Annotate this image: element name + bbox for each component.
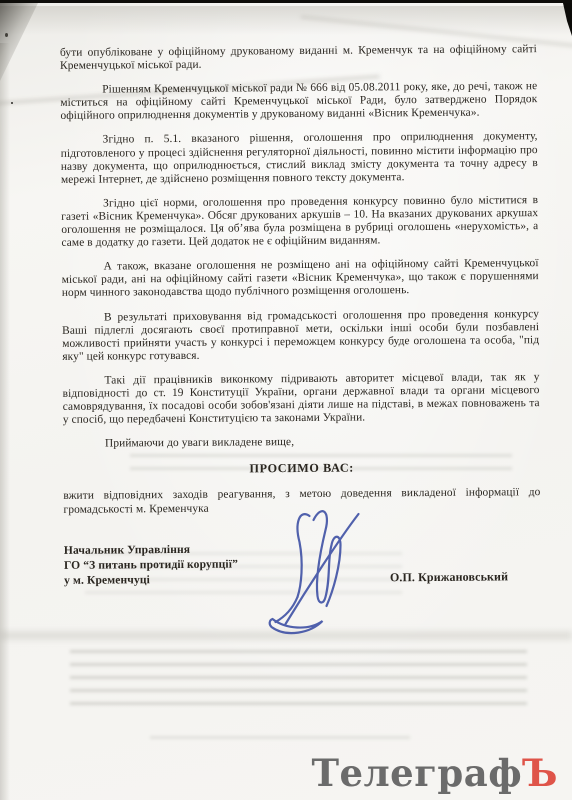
- request-heading: ПРОСИМО ВАС:: [63, 460, 540, 477]
- paragraph: Такі дії працівників виконкому підривают…: [62, 371, 539, 427]
- signatory-title-line: Начальник Управління: [64, 541, 238, 557]
- paragraph: Рішенням Кременчуцької міської ради № 66…: [60, 80, 537, 123]
- paragraph: Згідно п. 5.1. вказаного рішення, оголош…: [61, 131, 538, 187]
- signatory-title-block: Начальник Управління ГО “З питань протид…: [64, 541, 238, 587]
- signatory-title-line: ГО “З питань протидії корупції”: [64, 556, 238, 572]
- signatory-name: О.П. Крижановський: [390, 570, 508, 585]
- paper-crease: [0, 6, 572, 40]
- paragraph: Приймаючи до уваги викладене вище,: [63, 434, 540, 451]
- paragraph: А також, вказане оголошення не розміщено…: [62, 257, 539, 300]
- paper-crease: [0, 43, 10, 800]
- signature-scribble: [248, 500, 383, 640]
- bleedthrough-text: [150, 729, 410, 743]
- telegraf-watermark: ТелеграфЪ: [312, 755, 559, 792]
- paper-sheet: бути опубліковане у офіційному друковано…: [0, 3, 572, 800]
- paragraph: Згідно цієї норми, оголошення про провед…: [61, 194, 538, 250]
- watermark-gray-text: Телеграф: [312, 751, 523, 795]
- paragraph: В результаті приховування від громадсько…: [62, 308, 539, 364]
- paragraph: бути опубліковане у офіційному друковано…: [60, 43, 537, 73]
- ink-speck: [11, 102, 13, 104]
- signatory-title-line: у м. Кременчуці: [64, 571, 238, 587]
- watermark-red-letter: Ъ: [522, 751, 558, 795]
- bleedthrough-text: [70, 643, 527, 709]
- scanned-document: бути опубліковане у офіційному друковано…: [0, 0, 572, 800]
